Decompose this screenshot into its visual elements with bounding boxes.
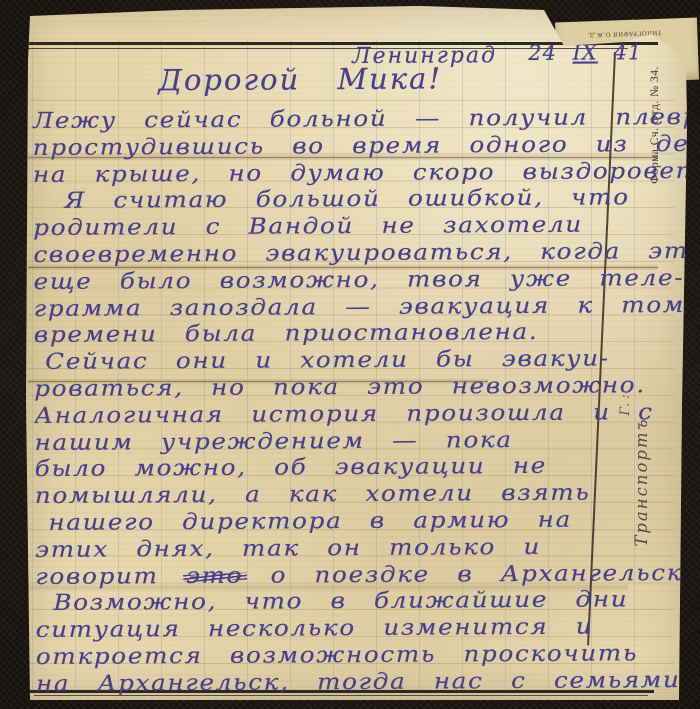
handwriting-line: своевременно эвакуироваться, когда это xyxy=(33,239,700,269)
handwriting-line: на Архангельск, тогда нас с семьями xyxy=(36,667,700,697)
handwriting-line: было можно, об эвакуации не xyxy=(35,453,700,483)
letter-greeting: Дорогой Мика! xyxy=(158,61,442,97)
handwriting-line: говорит это о поездке в Архангельск xyxy=(35,560,700,590)
handwriting-line: Лежу сейчас больной — получил плеврит, xyxy=(33,105,700,135)
handwriting-line: на крыше, но думаю скоро выздороветь. xyxy=(33,158,700,188)
handwriting-line: Сейчас они и хотели бы эвакуи- xyxy=(34,346,700,376)
handwriting-line: нашим учреждением — пока xyxy=(34,426,700,456)
letter-date-year: 41 xyxy=(613,40,642,64)
letter-body: Лежу сейчас больной — получил плеврит,пр… xyxy=(22,2,686,6)
handwriting-line: родители с Вандой не захотели xyxy=(33,212,700,242)
handwriting-line: помышляли, а как хотели взять xyxy=(35,480,700,510)
handwriting-line: роваться, но пока это невозможно. xyxy=(34,373,700,403)
letter-content: Ленинград 24 IX 41 Дорогой Мика! Лежу се… xyxy=(22,2,690,702)
handwriting-line: нашего директора в армию на xyxy=(35,507,700,537)
letter-paper-sheet: Форма Сч. Отд. № 34. Транспортъ Г. : Лен… xyxy=(24,4,688,700)
printer-mark-text: ТИПОГРАФИЯ О.Ж.Д. xyxy=(559,28,689,40)
handwriting-line: откроется возможность проскочить xyxy=(36,641,700,671)
handwriting-line: Аналогичная история произошла и с xyxy=(34,399,700,429)
handwriting-line: Я считаю большой ошибкой, что xyxy=(33,185,700,215)
handwriting-line: Возможно, что в ближайшие дни xyxy=(35,587,700,617)
struck-word: это xyxy=(186,563,243,588)
handwriting-line: этих днях, так он только и xyxy=(35,533,700,563)
handwriting-line: грамма запоздала — эвакуация к тому xyxy=(34,292,700,322)
handwriting-line: времени была приостановлена. xyxy=(34,319,700,349)
handwriting-line: ситуация несколько изменится и xyxy=(36,614,700,644)
handwriting-line: простудившись во время одного из дежурст… xyxy=(33,131,700,161)
letter-date-day: 24 xyxy=(528,41,557,65)
handwriting-line: еще было возможно, твоя уже теле- xyxy=(33,265,700,295)
